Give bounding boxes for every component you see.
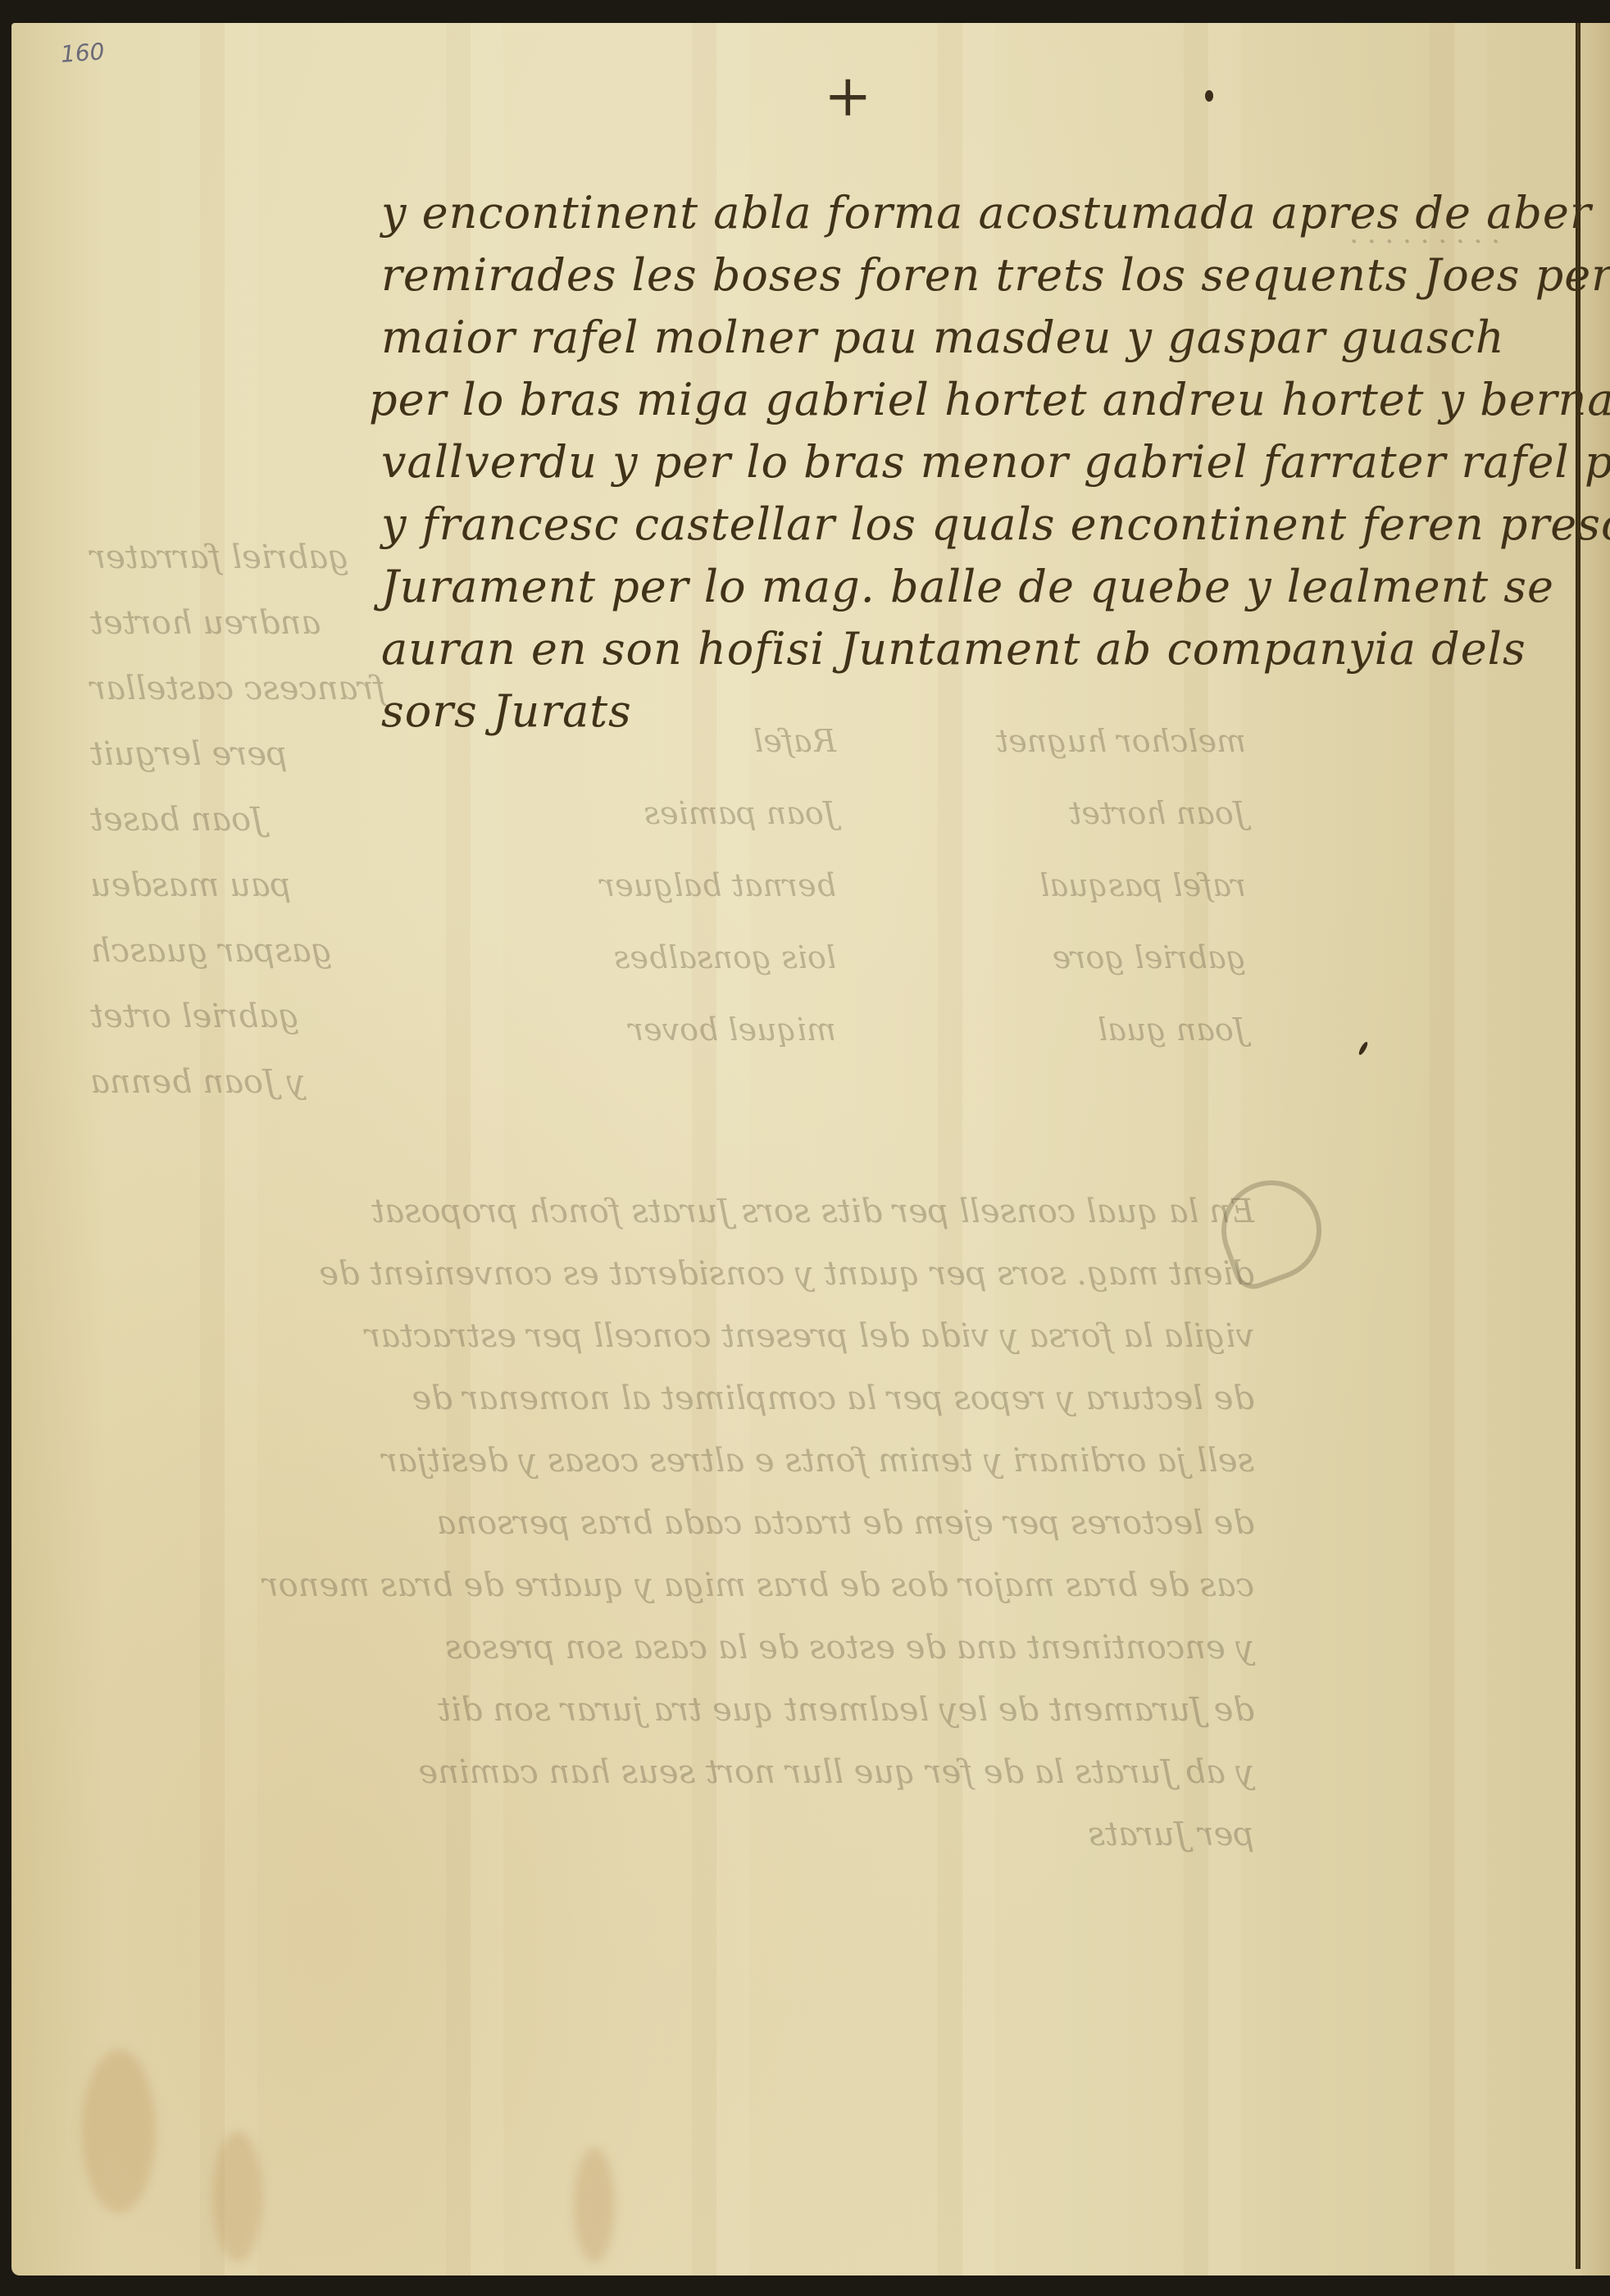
- cross-header-mark: +: [824, 67, 872, 125]
- bleed-name: Joan hortet: [902, 777, 1246, 849]
- text-line: y francesc castellar los quals encontine…: [381, 493, 1586, 556]
- text-line: remirades les boses foren trets los sequ…: [381, 244, 1586, 307]
- bleed-line: per Jurats: [90, 1803, 1254, 1866]
- bleed-name: y Joan benna: [90, 1049, 516, 1115]
- text-line: Jurament per lo mag. balle de quebe y le…: [381, 556, 1586, 618]
- text-line: vallverdu y per lo bras menor gabriel fa…: [381, 431, 1586, 493]
- text-line: sors Jurats: [381, 680, 1586, 743]
- bleed-line: de Jurament de ley lealment que tra jura…: [90, 1679, 1254, 1741]
- text-line: per lo bras miga gabriel hortet andreu h…: [369, 369, 1586, 431]
- water-stain: [574, 2148, 615, 2262]
- text-line: auran en son hofisi Juntament ab company…: [381, 618, 1586, 680]
- text-line: maior rafel molner pau masdeu y gaspar g…: [381, 307, 1586, 369]
- bleed-line: y ab Jurats la de fer que llur nort seus…: [90, 1741, 1254, 1803]
- bleed-line: En la qual consell per dits sors Jurats …: [90, 1180, 1254, 1243]
- main-handwritten-text: y encontinent abla forma acostumada apre…: [381, 182, 1586, 743]
- bleed-line: y encontinent ana de estos de la casa so…: [90, 1616, 1254, 1679]
- bleed-name: pau masdeu: [90, 852, 516, 918]
- bleed-line: dient mag. sors per quant y considerat e…: [90, 1243, 1254, 1305]
- text-line: y encontinent abla forma acostumada apre…: [381, 182, 1586, 244]
- bleed-name: Joan gual: [902, 993, 1246, 1066]
- bleed-line: de lectura y repos per la complimet al n…: [90, 1367, 1254, 1430]
- bleed-name: Joan pamies: [492, 777, 836, 849]
- bleed-line: cas de bras major dos de bras miga y qua…: [90, 1554, 1254, 1616]
- bleed-name: bernat balguer: [492, 849, 836, 921]
- bleed-through-paragraph: En la qual consell per dits sors Jurats …: [90, 1180, 1254, 1866]
- bleed-line: vigila la forsa y vida del present conce…: [90, 1305, 1254, 1367]
- bleed-name: lois gonsalbes: [492, 921, 836, 993]
- bleed-line: sell ja ordinari y tenim fonts e altres …: [90, 1430, 1254, 1492]
- bleed-name: gabriel gore: [902, 921, 1246, 993]
- folio-number: 160: [60, 38, 106, 68]
- bleed-name: miquel bover: [492, 993, 836, 1066]
- ink-dot: [1205, 90, 1213, 102]
- water-stain: [82, 2049, 156, 2213]
- bleed-name: Joan baset: [90, 787, 516, 852]
- bleed-name: gaspar guasch: [90, 918, 516, 984]
- bleed-through-right-column: melchor hugnet Joan hortet rafel pasqual…: [902, 705, 1246, 1066]
- bleed-name: rafel pasqual: [902, 849, 1246, 921]
- bleed-through-middle-column: Rafel Joan pamies bernat balguer lois go…: [492, 705, 836, 1066]
- water-stain: [213, 2131, 262, 2262]
- bleed-line: de lectores per ejem de tracta cada bras…: [90, 1492, 1254, 1554]
- bleed-name: gabriel ortet: [90, 984, 516, 1049]
